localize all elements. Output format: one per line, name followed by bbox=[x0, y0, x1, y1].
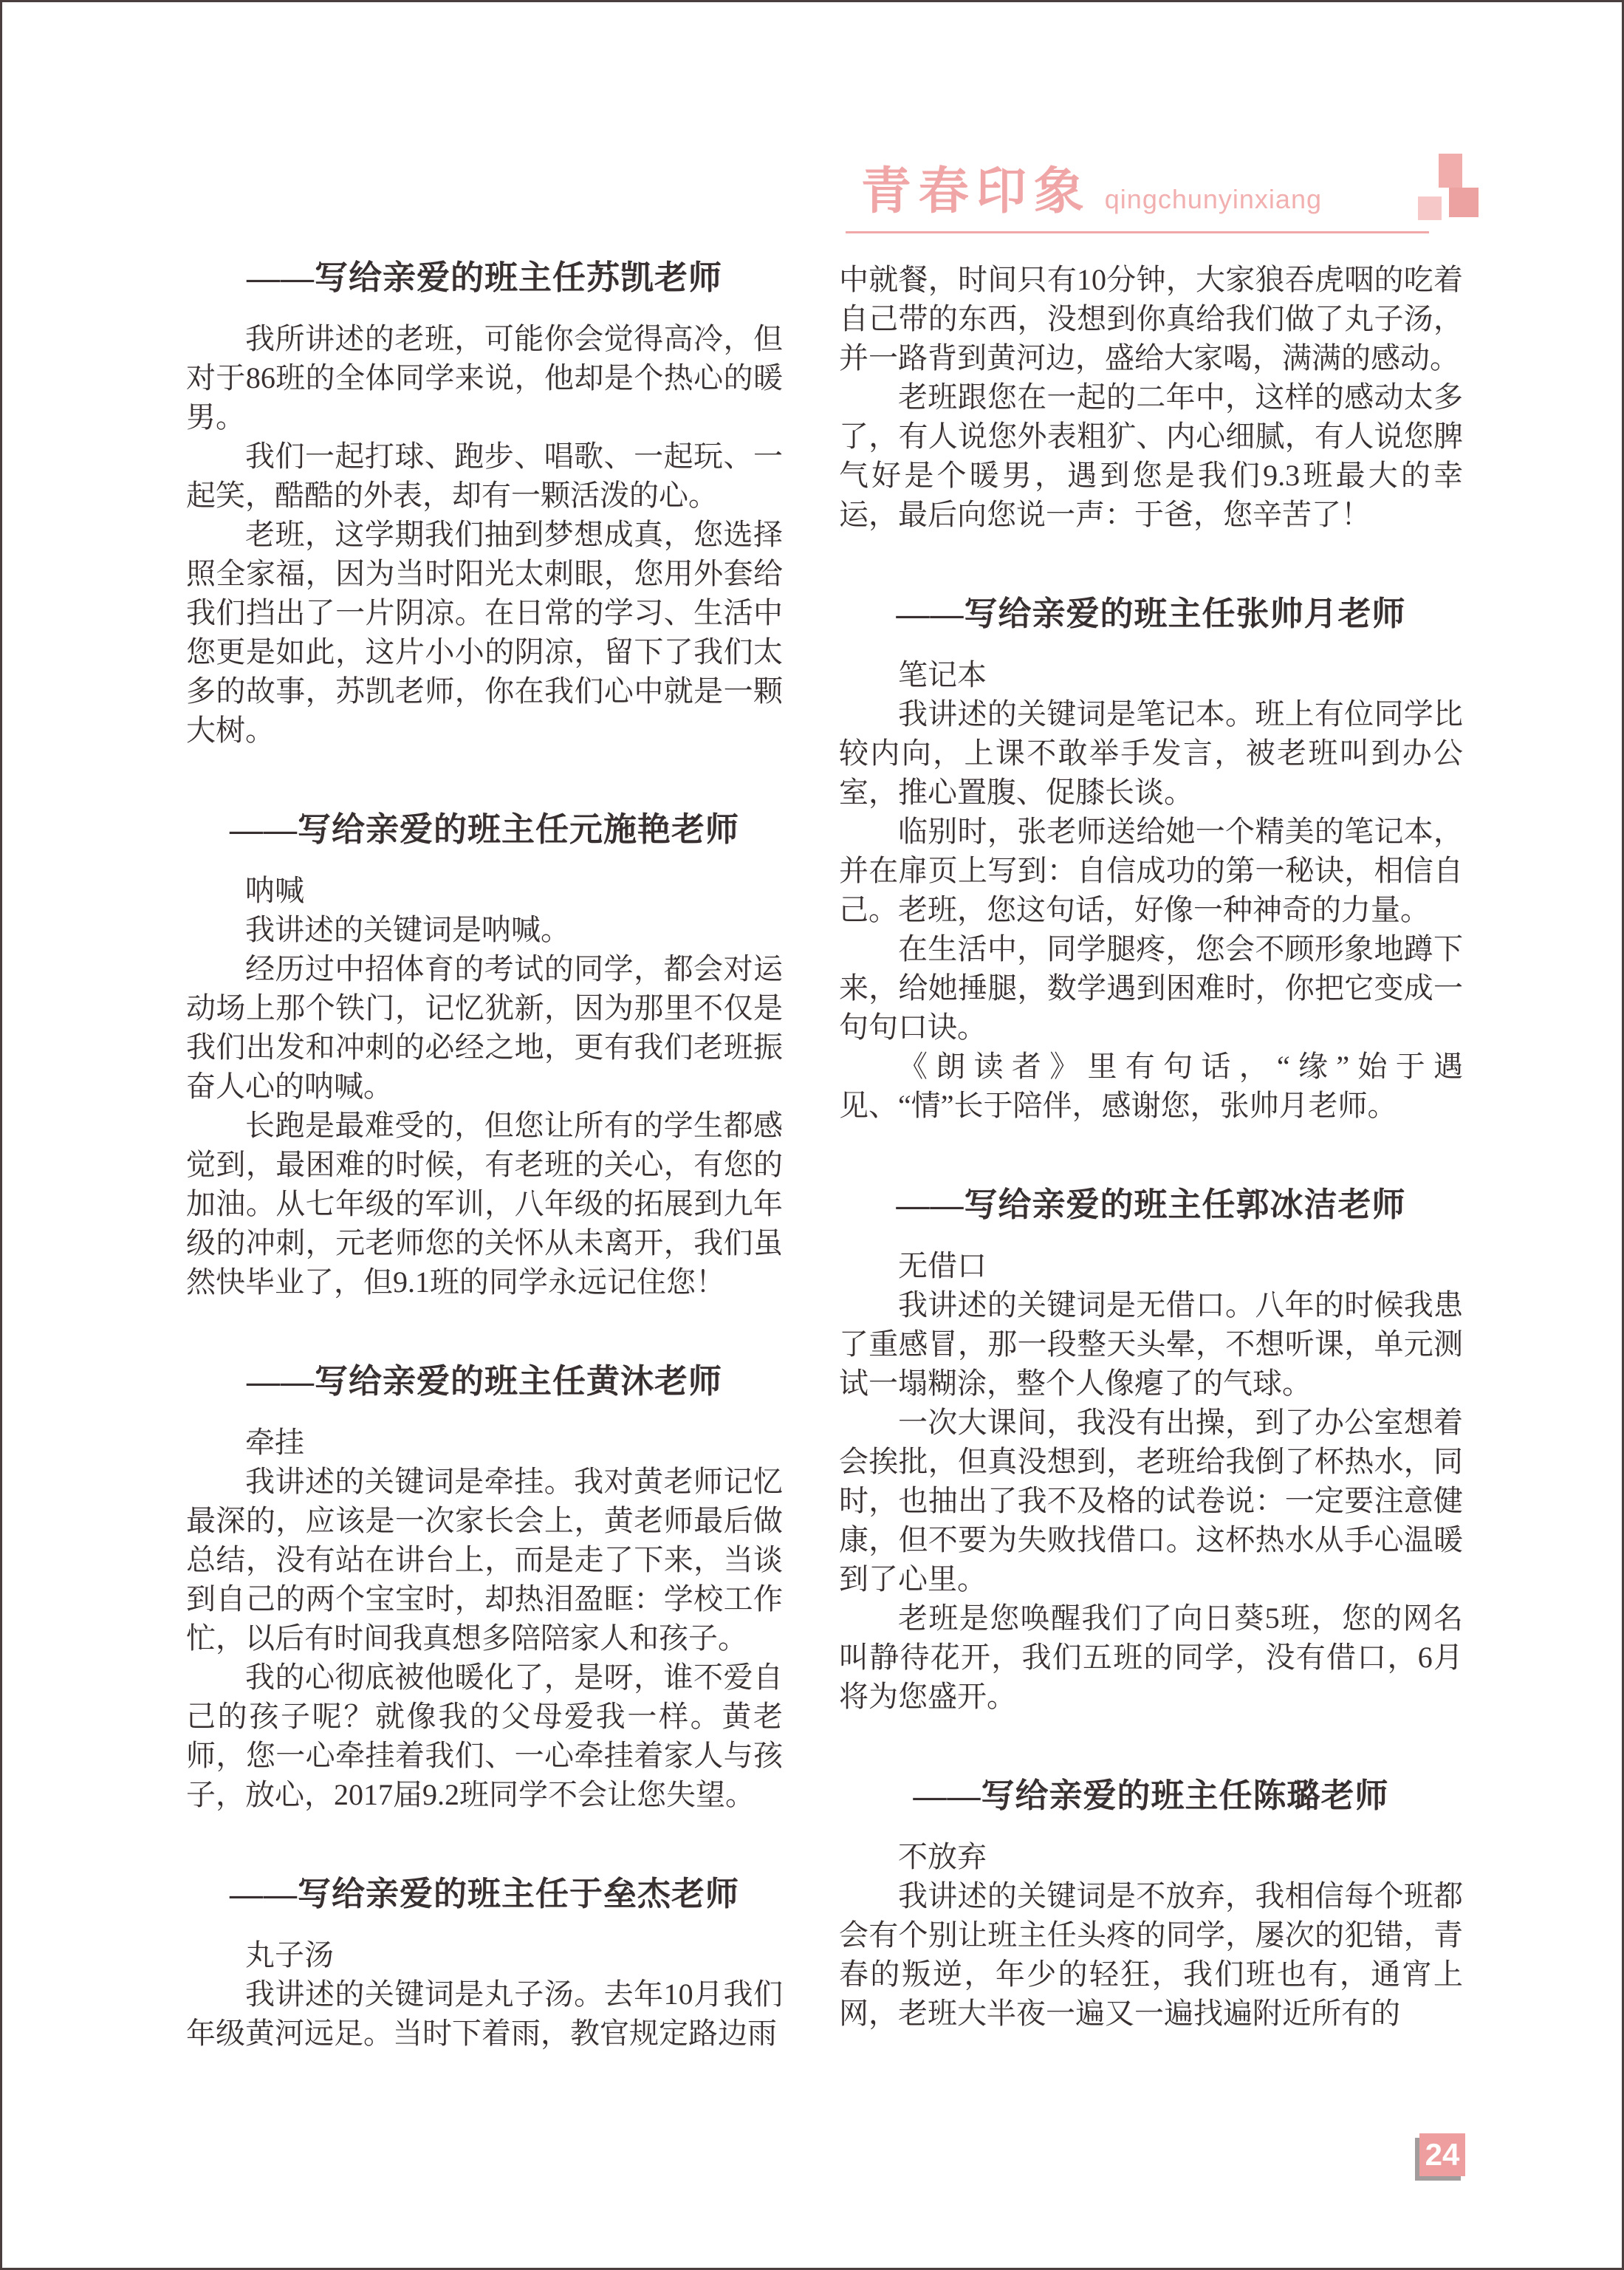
paragraph: 我的心彻底被他暖化了，是呀，谁不爱自己的孩子呢？就像我的父母爱我一样。黄老师，您… bbox=[186, 1658, 783, 1814]
paragraph: 老班，这学期我们抽到梦想成真，您选择照全家福，因为当时阳光太刺眼，您用外套给我们… bbox=[186, 515, 783, 750]
paragraph: 我讲述的关键词是牵挂。我对黄老师记忆最深的，应该是一次家长会上，黄老师最后做总结… bbox=[186, 1462, 783, 1658]
paragraph: 临别时，张老师送给她一个精美的笔记本，并在扉页上写到：自信成功的第一秘诀，相信自… bbox=[839, 812, 1463, 929]
paragraph: 长跑是最难受的，但您让所有的学生都感觉到，最困难的时候，有老班的关心，有您的加油… bbox=[186, 1106, 783, 1302]
keyword-line: 不放弃 bbox=[839, 1837, 1463, 1876]
page-header: 青春印象qingchunyinxiang bbox=[842, 148, 1477, 229]
pixel-squares-decoration bbox=[1439, 154, 1462, 188]
keyword-line: 丸子汤 bbox=[186, 1935, 783, 1975]
body-column-right: 中就餐，时间只有10分钟，大家狼吞虎咽的吃着自己带的东西，没想到你真给我们做了丸… bbox=[839, 260, 1463, 2033]
header-titles: 青春印象qingchunyinxiang bbox=[861, 151, 1322, 223]
paragraph: 经历过中招体育的考试的同学，都会对运动场上那个铁门，记忆犹新，因为那里不仅是我们… bbox=[186, 949, 783, 1106]
keyword-line: 呐喊 bbox=[186, 871, 783, 910]
section-heading: ——写给亲爱的班主任张帅月老师 bbox=[839, 592, 1463, 636]
paragraph: 老班跟您在一起的二年中，这样的感动太多了，有人说您外表粗犷、内心细腻，有人说您脾… bbox=[839, 377, 1463, 534]
paragraph: 一次大课间，我没有出操，到了办公室想着会挨批，但真没想到，老班给我倒了杯热水，同… bbox=[839, 1403, 1463, 1599]
section-heading: ——写给亲爱的班主任苏凯老师 bbox=[186, 256, 783, 300]
keyword-line: 无借口 bbox=[839, 1246, 1463, 1285]
paragraph: 在生活中，同学腿疼，您会不顾形象地蹲下来，给她捶腿，数学遇到困难时，你把它变成一… bbox=[839, 929, 1463, 1047]
paragraph: 中就餐，时间只有10分钟，大家狼吞虎咽的吃着自己带的东西，没想到你真给我们做了丸… bbox=[839, 260, 1463, 377]
section-heading: ——写给亲爱的班主任陈璐老师 bbox=[839, 1774, 1463, 1818]
section-heading: ——写给亲爱的班主任郭冰洁老师 bbox=[839, 1183, 1463, 1227]
body-column-left: ——写给亲爱的班主任苏凯老师我所讲述的老班，可能你会觉得高冷，但对于86班的全体… bbox=[186, 256, 783, 2053]
page-title-pinyin: qingchunyinxiang bbox=[1105, 184, 1322, 214]
paragraph: 我讲述的关键词是笔记本。班上有位同学比较内向，上课不敢举手发言，被老班叫到办公室… bbox=[839, 694, 1463, 812]
header-underline bbox=[846, 231, 1429, 233]
pixel-squares-decoration bbox=[1449, 188, 1479, 217]
page-title: 青春印象 bbox=[861, 163, 1092, 219]
keyword-line: 笔记本 bbox=[839, 655, 1463, 694]
section-heading: ——写给亲爱的班主任于垒杰老师 bbox=[186, 1872, 783, 1916]
paragraph: 老班是您唤醒我们了向日葵5班，您的网名叫静待花开，我们五班的同学，没有借口，6月… bbox=[839, 1599, 1463, 1716]
paragraph: 我讲述的关键词是无借口。八年的时候我患了重感冒，那一段整天头晕，不想听课，单元测… bbox=[839, 1285, 1463, 1403]
section-heading: ——写给亲爱的班主任元施艳老师 bbox=[186, 807, 783, 852]
paragraph: 我们一起打球、跑步、唱歌、一起玩、一起笑，酷酷的外表，却有一颗活泼的心。 bbox=[186, 437, 783, 515]
page-number-badge: 24 bbox=[1419, 2133, 1465, 2176]
paragraph: 我所讲述的老班，可能你会觉得高冷，但对于86班的全体同学来说，他却是个热心的暖男… bbox=[186, 319, 783, 437]
pixel-squares-decoration bbox=[1418, 196, 1442, 220]
paragraph: 我讲述的关键词是丸子汤。去年10月我们年级黄河远足。当时下着雨，教官规定路边雨 bbox=[186, 1975, 783, 2053]
paragraph: 我讲述的关键词是呐喊。 bbox=[186, 910, 783, 949]
keyword-line: 牵挂 bbox=[186, 1423, 783, 1462]
paragraph: 我讲述的关键词是不放弃，我相信每个班都会有个别让班主任头疼的同学，屡次的犯错，青… bbox=[839, 1876, 1463, 2033]
section-heading: ——写给亲爱的班主任黄沐老师 bbox=[186, 1359, 783, 1404]
paragraph: 《朗读者》里有句话，“缘”始于遇见、“情”长于陪伴，感谢您，张帅月老师。 bbox=[839, 1047, 1463, 1125]
